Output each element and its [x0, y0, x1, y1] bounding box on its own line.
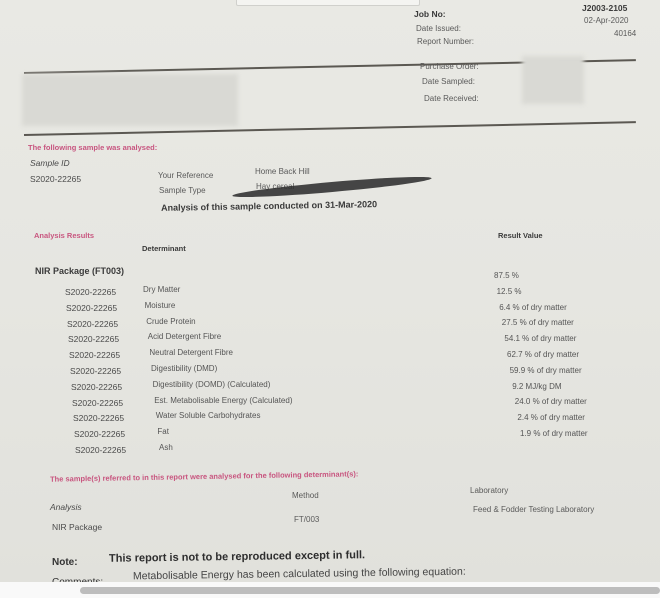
result-row-sample-id: S2020-22265 [65, 287, 116, 297]
result-row-determinant: Acid Detergent Fibre [148, 332, 221, 341]
result-row-sample-id: S2020-22265 [66, 303, 117, 313]
laboratory-header: Laboratory [470, 486, 508, 495]
result-row-determinant: Digestibility (DOMD) (Calculated) [153, 380, 271, 389]
analysis-header: Analysis [50, 502, 82, 512]
result-row-sample-id: S2020-22265 [69, 350, 120, 360]
result-row-sample-id: S2020-22265 [72, 398, 123, 408]
result-row-sample-id: S2020-22265 [68, 334, 119, 344]
package-title: NIR Package (FT003) [35, 266, 124, 276]
sample-id-value: S2020-22265 [30, 174, 81, 184]
result-row-value: 87.5 % [494, 271, 519, 280]
result-row-value: 24.0 % of dry matter [515, 397, 587, 406]
method-header: Method [292, 491, 319, 500]
analysis-conducted-text: Analysis of this sample conducted on 31-… [161, 199, 377, 213]
result-row-sample-id: S2020-22265 [74, 429, 125, 439]
result-row-determinant: Crude Protein [146, 317, 195, 326]
method-row-method: FT/003 [294, 515, 319, 524]
horizontal-scrollbar-thumb[interactable] [80, 587, 660, 594]
date-sampled-label: Date Sampled: [422, 77, 475, 86]
result-row-value: 54.1 % of dry matter [504, 334, 576, 343]
job-no-value: J2003-2105 [582, 3, 627, 13]
result-row-determinant: Ash [159, 443, 173, 452]
date-issued-value: 02-Apr-2020 [584, 16, 628, 25]
note-label: Note: [52, 557, 78, 568]
result-row-value: 27.5 % of dry matter [502, 318, 574, 327]
result-row-sample-id: S2020-22265 [71, 382, 122, 392]
redacted-block-left [22, 74, 238, 126]
your-reference-value: Home Back Hill [255, 167, 310, 176]
result-row-sample-id: S2020-22265 [75, 445, 126, 455]
result-row-value: 9.2 MJ/kg DM [512, 382, 561, 391]
method-row-analysis: NIR Package [52, 522, 102, 532]
result-row-determinant: Fat [157, 427, 169, 436]
result-row-value: 2.4 % of dry matter [517, 413, 585, 422]
result-row-determinant: Water Soluble Carbohydrates [156, 411, 261, 420]
result-row-value: 12.5 % [497, 287, 522, 296]
result-row-determinant: Moisture [145, 301, 176, 310]
result-row-value: 62.7 % of dry matter [507, 350, 579, 359]
date-received-label: Date Received: [424, 94, 479, 103]
result-row-determinant: Dry Matter [143, 285, 180, 294]
redacted-block-right [522, 56, 584, 104]
result-row-determinant: Est. Metabolisable Energy (Calculated) [154, 396, 292, 405]
result-row-sample-id: S2020-22265 [70, 366, 121, 376]
result-row-determinant: Digestibility (DMD) [151, 364, 217, 373]
result-row-determinant: Neutral Detergent Fibre [149, 348, 233, 357]
sample-type-label: Sample Type [159, 186, 206, 195]
date-issued-label: Date Issued: [416, 24, 461, 33]
purchase-order-label: Purchase Order: [420, 62, 479, 71]
result-row-value: 59.9 % of dry matter [510, 366, 582, 375]
note-text: This report is not to be reproduced exce… [109, 549, 365, 565]
methods-section-title: The sample(s) referred to in this report… [50, 469, 359, 483]
your-reference-label: Your Reference [158, 171, 213, 180]
determinant-header: Determinant [142, 244, 186, 253]
result-row-value: 6.4 % of dry matter [499, 303, 567, 312]
overlay-popup-edge [236, 0, 420, 6]
sample-section-title: The following sample was analysed: [28, 143, 157, 152]
results-section-title: Analysis Results [34, 231, 94, 240]
method-row-laboratory: Feed & Fodder Testing Laboratory [473, 505, 594, 514]
document-page: Job No: J2003-2105 Date Issued: 02-Apr-2… [0, 0, 660, 582]
report-number-label: Report Number: [417, 37, 474, 46]
result-row-value: 1.9 % of dry matter [520, 429, 588, 438]
result-value-header: Result Value [498, 231, 543, 240]
job-no-label: Job No: [414, 9, 446, 19]
report-number-value: 40164 [614, 29, 636, 38]
result-row-sample-id: S2020-22265 [73, 413, 124, 423]
sample-id-label: Sample ID [30, 158, 70, 168]
result-row-sample-id: S2020-22265 [67, 319, 118, 329]
comments-text: Metabolisable Energy has been calculated… [133, 566, 466, 582]
